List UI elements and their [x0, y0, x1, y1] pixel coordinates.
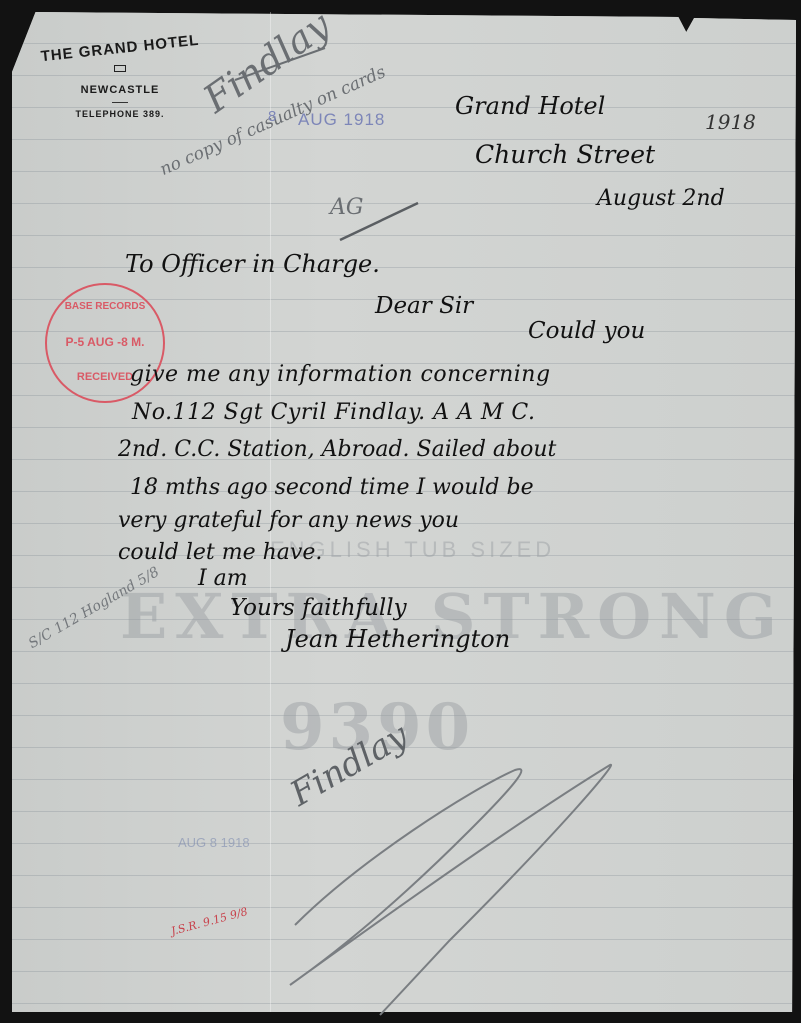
pencil-strokes: [0, 0, 801, 1023]
pencil-underline-initials: [340, 203, 418, 240]
pencil-underline-top: [235, 48, 325, 80]
pencil-cancel-stroke: [290, 765, 611, 1015]
